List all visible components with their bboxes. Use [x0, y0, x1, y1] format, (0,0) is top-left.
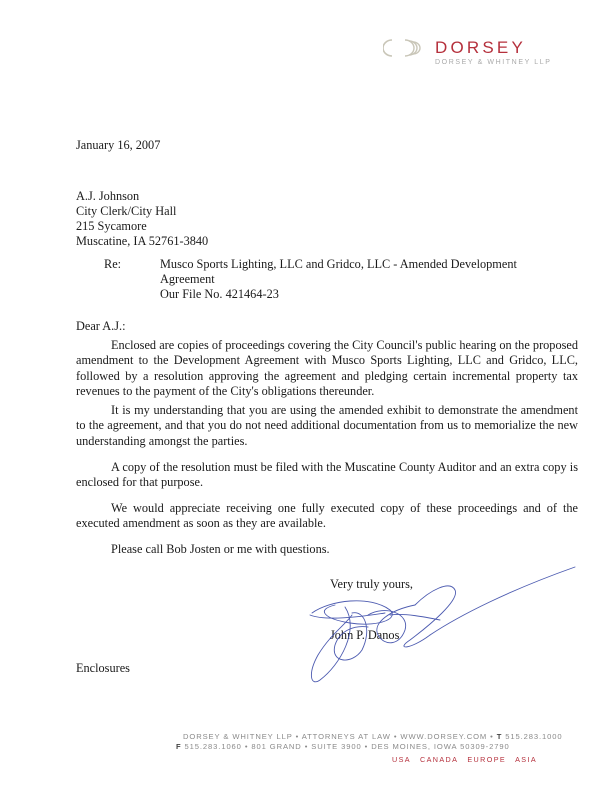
- closing: Very truly yours,: [330, 577, 413, 592]
- body-paragraph: It is my understanding that you are usin…: [76, 403, 578, 449]
- subject-line: Agreement: [160, 272, 517, 287]
- footer-address-line: F 515.283.1060 • 801 GRAND • SUITE 3900 …: [176, 742, 510, 752]
- footer-firm-line: DORSEY & WHITNEY LLP • ATTORNEYS AT LAW …: [183, 732, 563, 742]
- footer-firm-text: DORSEY & WHITNEY LLP • ATTORNEYS AT LAW …: [183, 732, 497, 741]
- footer-phone: 515.283.1000: [502, 732, 562, 741]
- body-paragraph: Please call Bob Josten or me with questi…: [76, 542, 578, 557]
- brand-name: DORSEY: [435, 38, 526, 58]
- handwritten-signature: [290, 555, 580, 695]
- body-paragraph: Enclosed are copies of proceedings cover…: [76, 338, 578, 400]
- body-paragraph: A copy of the resolution must be filed w…: [76, 460, 578, 491]
- subject-block: Musco Sports Lighting, LLC and Gridco, L…: [160, 257, 517, 302]
- file-number: Our File No. 421464-23: [160, 287, 517, 302]
- body-paragraph: We would appreciate receiving one fully …: [76, 501, 578, 532]
- brand-subtitle: DORSEY & WHITNEY LLP: [435, 58, 552, 68]
- recipient-city: Muscatine, IA 52761-3840: [76, 234, 208, 249]
- footer-address-text: 515.283.1060 • 801 GRAND • SUITE 3900 • …: [182, 742, 510, 751]
- recipient-street: 215 Sycamore: [76, 219, 208, 234]
- recipient-name: A.J. Johnson: [76, 189, 208, 204]
- letter-date: January 16, 2007: [76, 138, 160, 153]
- re-label: Re:: [104, 257, 121, 272]
- dorsey-logo: DORSEY DORSEY & WHITNEY LLP: [383, 38, 583, 70]
- signer-name: John P. Danos: [330, 628, 399, 643]
- concentric-arcs-logo-icon: [383, 38, 427, 58]
- subject-line: Musco Sports Lighting, LLC and Gridco, L…: [160, 257, 517, 272]
- recipient-address: A.J. Johnson City Clerk/City Hall 215 Sy…: [76, 189, 208, 249]
- footer-regions: USA CANADA EUROPE ASIA: [392, 755, 537, 764]
- enclosures-note: Enclosures: [76, 661, 130, 676]
- recipient-title: City Clerk/City Hall: [76, 204, 208, 219]
- salutation: Dear A.J.:: [76, 319, 126, 334]
